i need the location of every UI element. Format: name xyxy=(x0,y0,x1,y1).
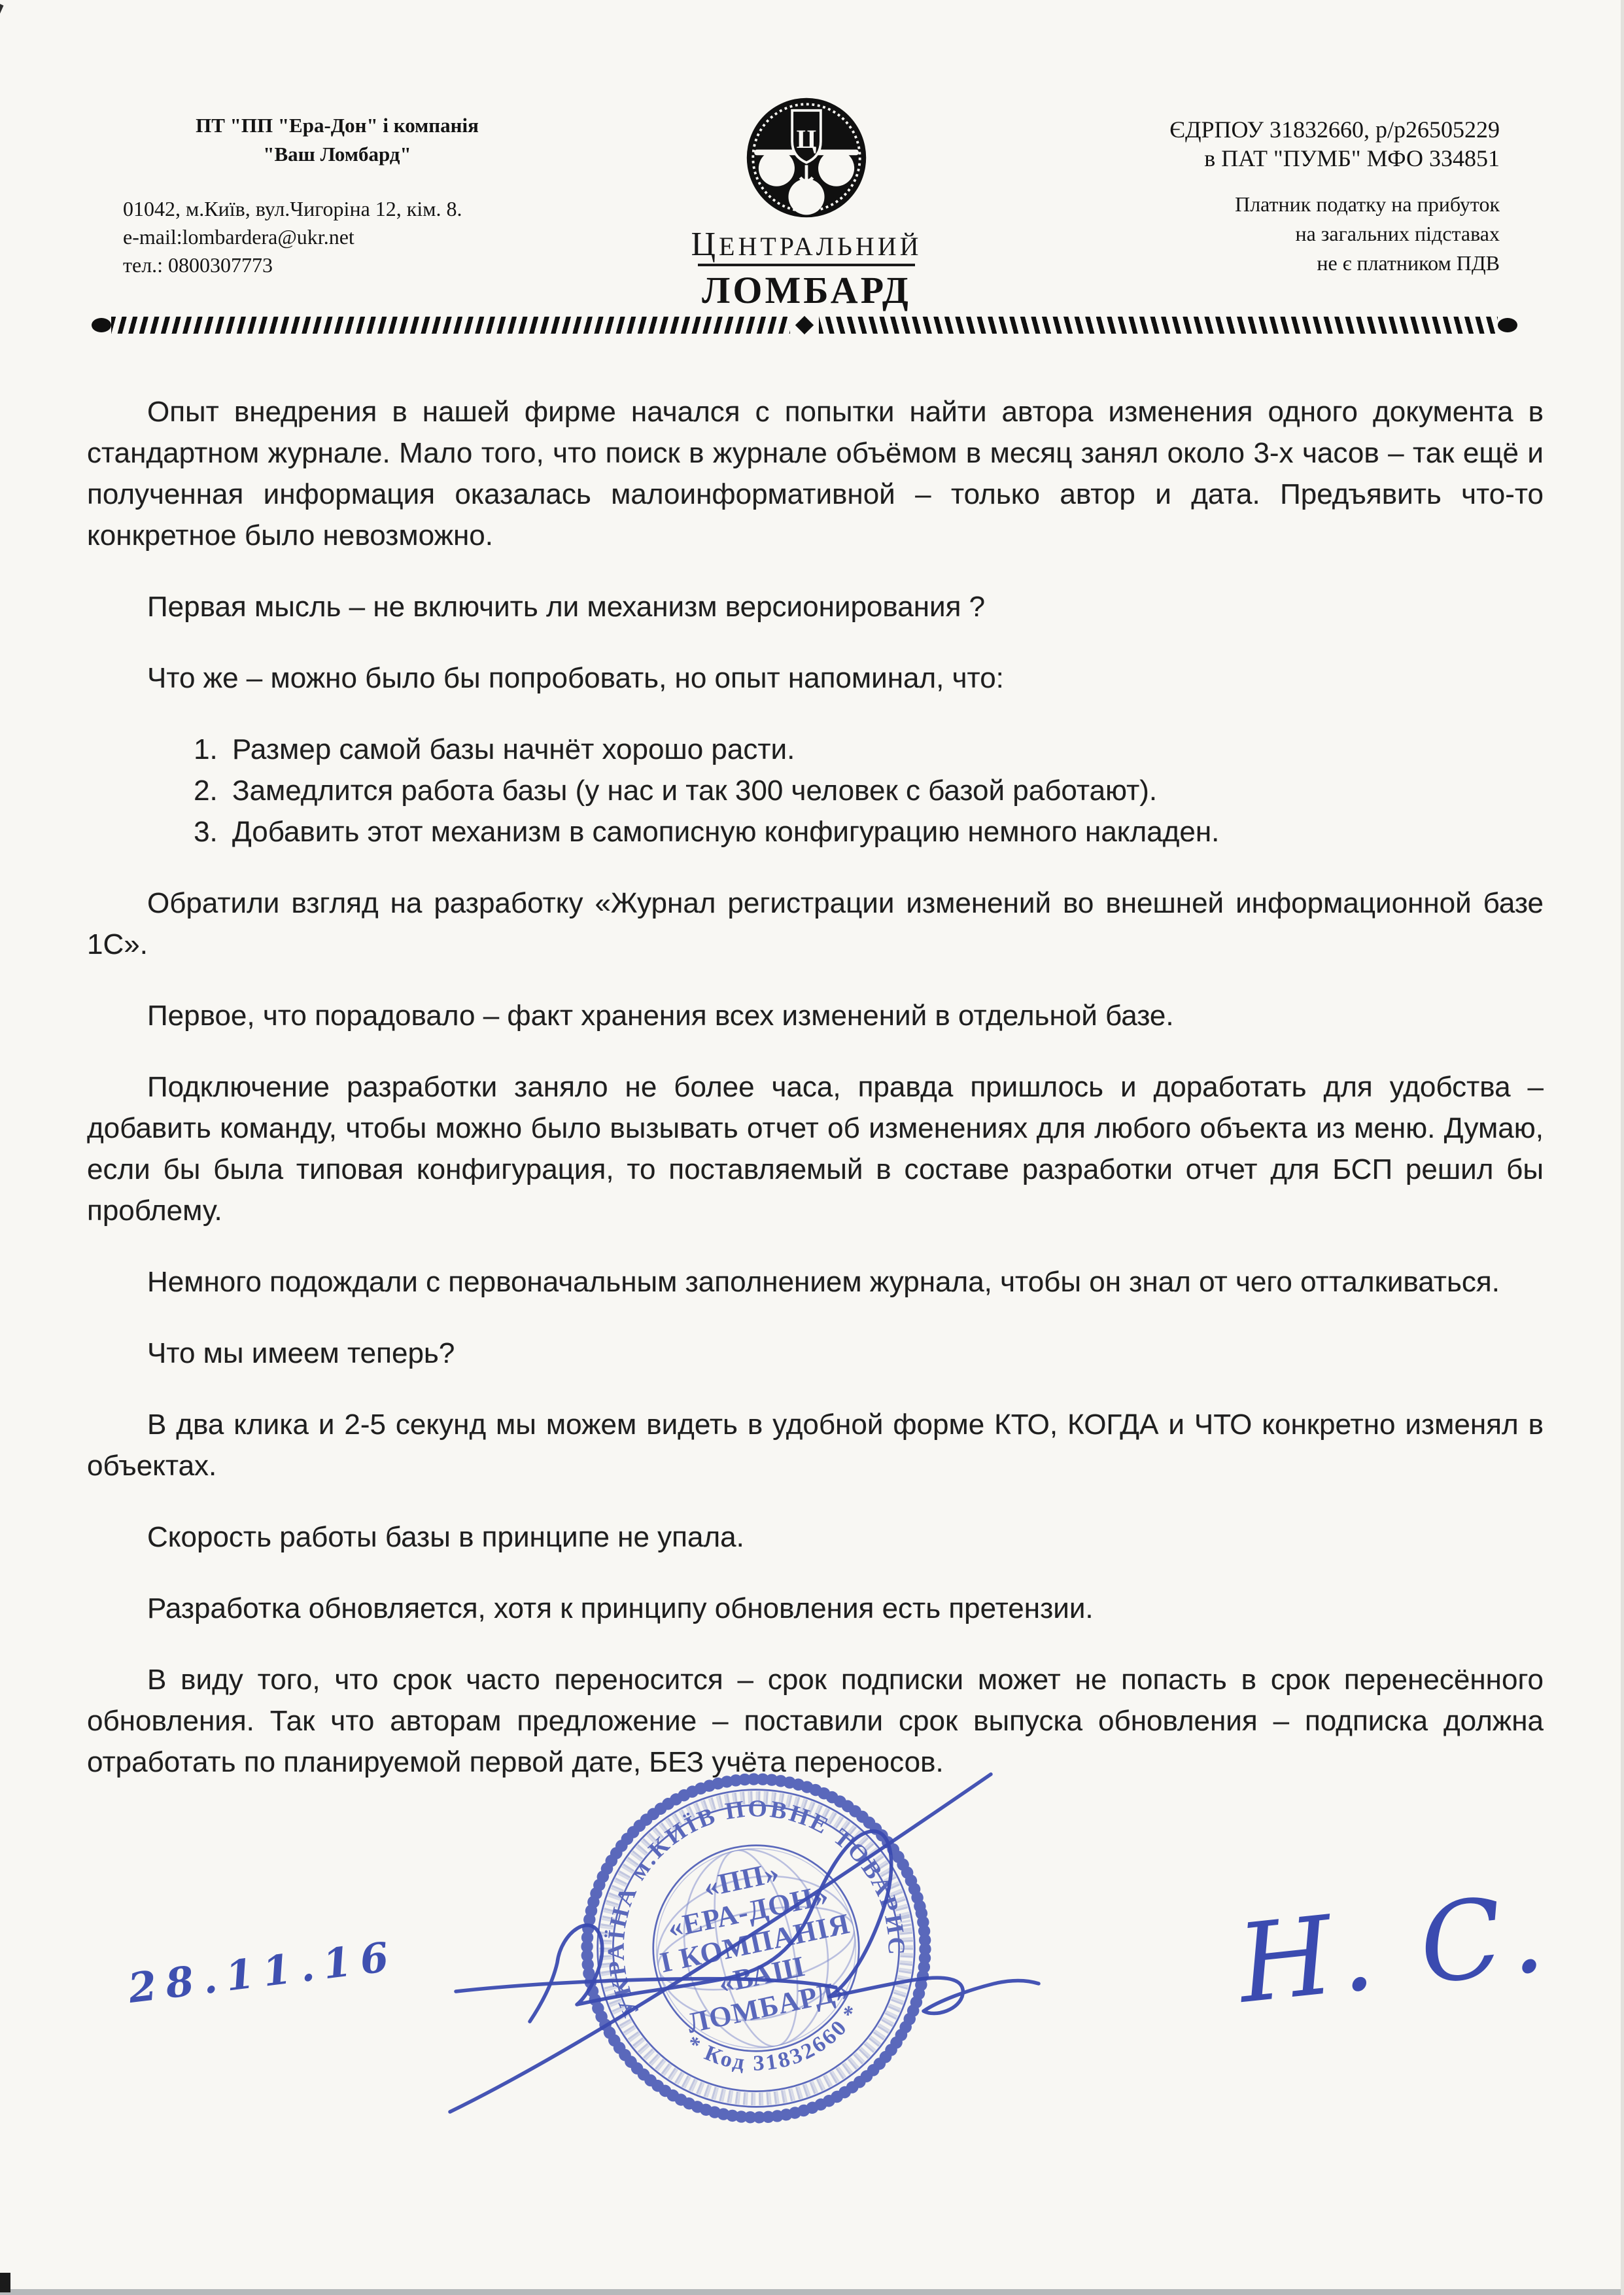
list-item-1: Размер самой базы начнёт хорошо расти. xyxy=(226,729,1544,770)
paragraph-6: Подключение разработки заняло не более ч… xyxy=(87,1066,1544,1231)
divider-dot-right xyxy=(1498,318,1517,332)
scan-artifact-bottom-strip xyxy=(0,2289,1624,2295)
list-item-2: Замедлится работа базы (у нас и так 300 … xyxy=(226,770,1544,811)
logo-ball-right xyxy=(818,150,854,186)
signature-underline-stroke xyxy=(456,1979,836,1991)
paragraph-9: В два клика и 2-5 секунд мы можем видеть… xyxy=(87,1404,1544,1486)
signature: Н. С. xyxy=(392,1740,1544,2159)
paragraph-10: Скорость работы базы в принципе не упала… xyxy=(87,1516,1544,1558)
handwritten-date: 28.11.16 xyxy=(126,1932,400,2012)
central-lombard-logo-icon: Ц xyxy=(744,96,869,220)
concerns-list: Размер самой базы начнёт хорошо расти. З… xyxy=(87,729,1544,852)
scan-artifact-right-edge xyxy=(1621,0,1624,2295)
divider-diamond xyxy=(795,316,814,334)
paragraph-7: Немного подождали с первоначальным запол… xyxy=(87,1261,1544,1303)
paragraph-1: Опыт внедрения в нашей фирме начался с п… xyxy=(87,391,1544,556)
scanned-letter-page: ПТ "ПП "Ера-Дон" і компанія "Ваш Ломбард… xyxy=(0,0,1624,2295)
brand-underline xyxy=(698,264,915,266)
logo-ball-left xyxy=(759,150,795,186)
decorative-divider xyxy=(92,315,1517,335)
bank-line: в ПАТ "ПУМБ" МФО 334851 xyxy=(1016,144,1500,173)
signature-initials: Н. С. xyxy=(1230,1870,1544,2027)
brand-line1: Центральний xyxy=(656,228,957,264)
paragraph-2: Первая мысль – не включить ли механизм в… xyxy=(87,586,1544,627)
paragraph-8: Что мы имеем теперь? xyxy=(87,1333,1544,1374)
signature-surname-squiggle xyxy=(530,1831,1039,2022)
company-contact-block: ПТ "ПП "Ера-Дон" і компанія "Ваш Ломбард… xyxy=(123,111,551,279)
tax-line-3: не є платником ПДВ xyxy=(1016,249,1500,278)
edrpou-line: ЄДРПОУ 31832660, р/р26505229 xyxy=(1016,115,1500,144)
letter-body: Опыт внедрения в нашей фирме начался с п… xyxy=(87,391,1544,1813)
list-item-3: Добавить этот механизм в самописную конф… xyxy=(226,811,1544,852)
tax-line-1: Платник податку на прибуток xyxy=(1016,190,1500,219)
company-registration-block: ЄДРПОУ 31832660, р/р26505229 в ПАТ "ПУМБ… xyxy=(1016,115,1500,278)
tax-line-2: на загальних підставах xyxy=(1016,219,1500,249)
company-logo-block: Ц Центральний Ломбард xyxy=(656,96,957,311)
divider-hatch-left xyxy=(111,317,790,334)
signature-diagonal-stroke xyxy=(450,1774,991,2112)
divider-hatch-right xyxy=(819,317,1498,334)
company-address: 01042, м.Київ, вул.Чигоріна 12, кім. 8. xyxy=(123,195,551,223)
company-phone: тел.: 0800307773 xyxy=(123,251,551,279)
brand-line2: Ломбард xyxy=(656,270,957,311)
divider-dot-left xyxy=(92,318,111,332)
paragraph-5: Первое, что порадовало – факт хранения в… xyxy=(87,995,1544,1036)
scan-artifact-top-left xyxy=(0,4,3,45)
scan-artifact-bottom-mark xyxy=(0,2273,10,2292)
paragraph-11: Разработка обновляется, хотя к принципу … xyxy=(87,1588,1544,1629)
company-email: e-mail:lombardera@ukr.net xyxy=(123,223,551,251)
company-name-line1: ПТ "ПП "Ера-Дон" і компанія xyxy=(123,111,551,140)
paragraph-3: Что же – можно было бы попробовать, но о… xyxy=(87,657,1544,699)
company-name-line2: "Ваш Ломбард" xyxy=(123,140,551,169)
paragraph-4: Обратили взгляд на разработку «Журнал ре… xyxy=(87,883,1544,965)
logo-monogram: Ц xyxy=(796,124,816,154)
